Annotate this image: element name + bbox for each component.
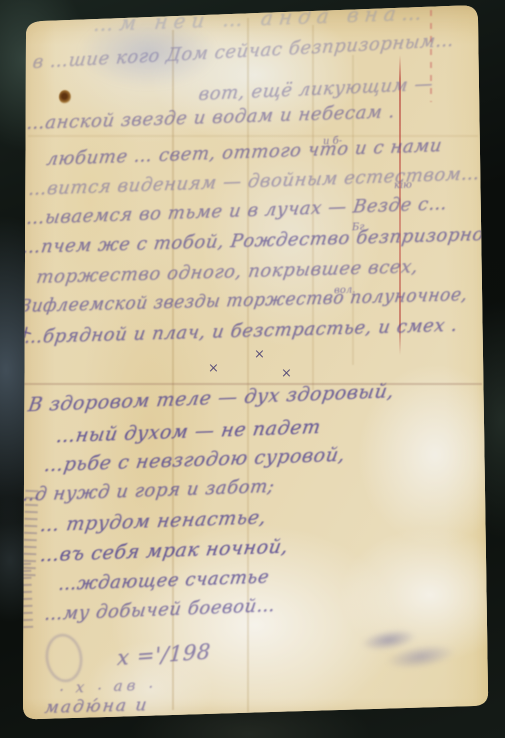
ink-smudge-bottom-right — [345, 603, 470, 692]
manuscript-line: торжество одного, покрывшее всех, — [35, 256, 420, 288]
manuscript-line: Вифлеемской звезды торжество полуночное, — [17, 285, 469, 317]
manuscript-line: любите … свет, оттого что и с нами — [45, 135, 443, 170]
superscript-note: вол. — [334, 285, 356, 297]
manuscript-line: …му добычей боевой… — [43, 595, 277, 625]
stanza-separator-mark: × — [208, 361, 219, 376]
manuscript-line: …ываемся во тьме и в лучах — Везде с… — [25, 193, 449, 229]
margin-scribble — [18, 560, 33, 628]
photo-dark-background: + …м ней … анда́ вна… в …шие кого Дом се… — [0, 0, 505, 738]
postcard: + …м ней … анда́ вна… в …шие кого Дом се… — [0, 0, 505, 738]
manuscript-line: …брядной и плач, и безстрастье, и смех . — [23, 315, 459, 348]
horizontal-crease — [24, 383, 482, 385]
manuscript-line: …пчем же с тобой, Рождество безпризорное… — [21, 224, 503, 258]
manuscript-signature-line: мадю́на и — [43, 695, 149, 718]
manuscript-line: … трудом ненастье, — [38, 506, 268, 536]
manuscript-date-line: х ='/198 — [116, 639, 211, 670]
stanza-separator-mark: × — [281, 366, 292, 381]
manuscript-line: …д нужд и горя и забот; — [15, 476, 276, 506]
manuscript-line: …ный духом — не падет — [54, 416, 322, 447]
superscript-note: кiю — [394, 180, 412, 192]
manuscript-line: …рьбе с невзгодою суровой, — [42, 443, 347, 476]
brown-stain-spot — [59, 90, 71, 104]
manuscript-line: …анской звезде и водам и небесам . — [25, 101, 396, 134]
superscript-note: Бг — [352, 222, 365, 233]
manuscript-line: …м ней … анда́ вна… — [92, 0, 429, 36]
manuscript-line: …ждающее счастье — [57, 567, 271, 595]
stanza-separator-mark: × — [254, 347, 265, 362]
superscript-note: и б- — [323, 136, 342, 148]
manuscript-line: В здоровом теле — дух здоровый, — [27, 380, 396, 416]
manuscript-line: …въ себя мрак ночной, — [38, 535, 289, 566]
